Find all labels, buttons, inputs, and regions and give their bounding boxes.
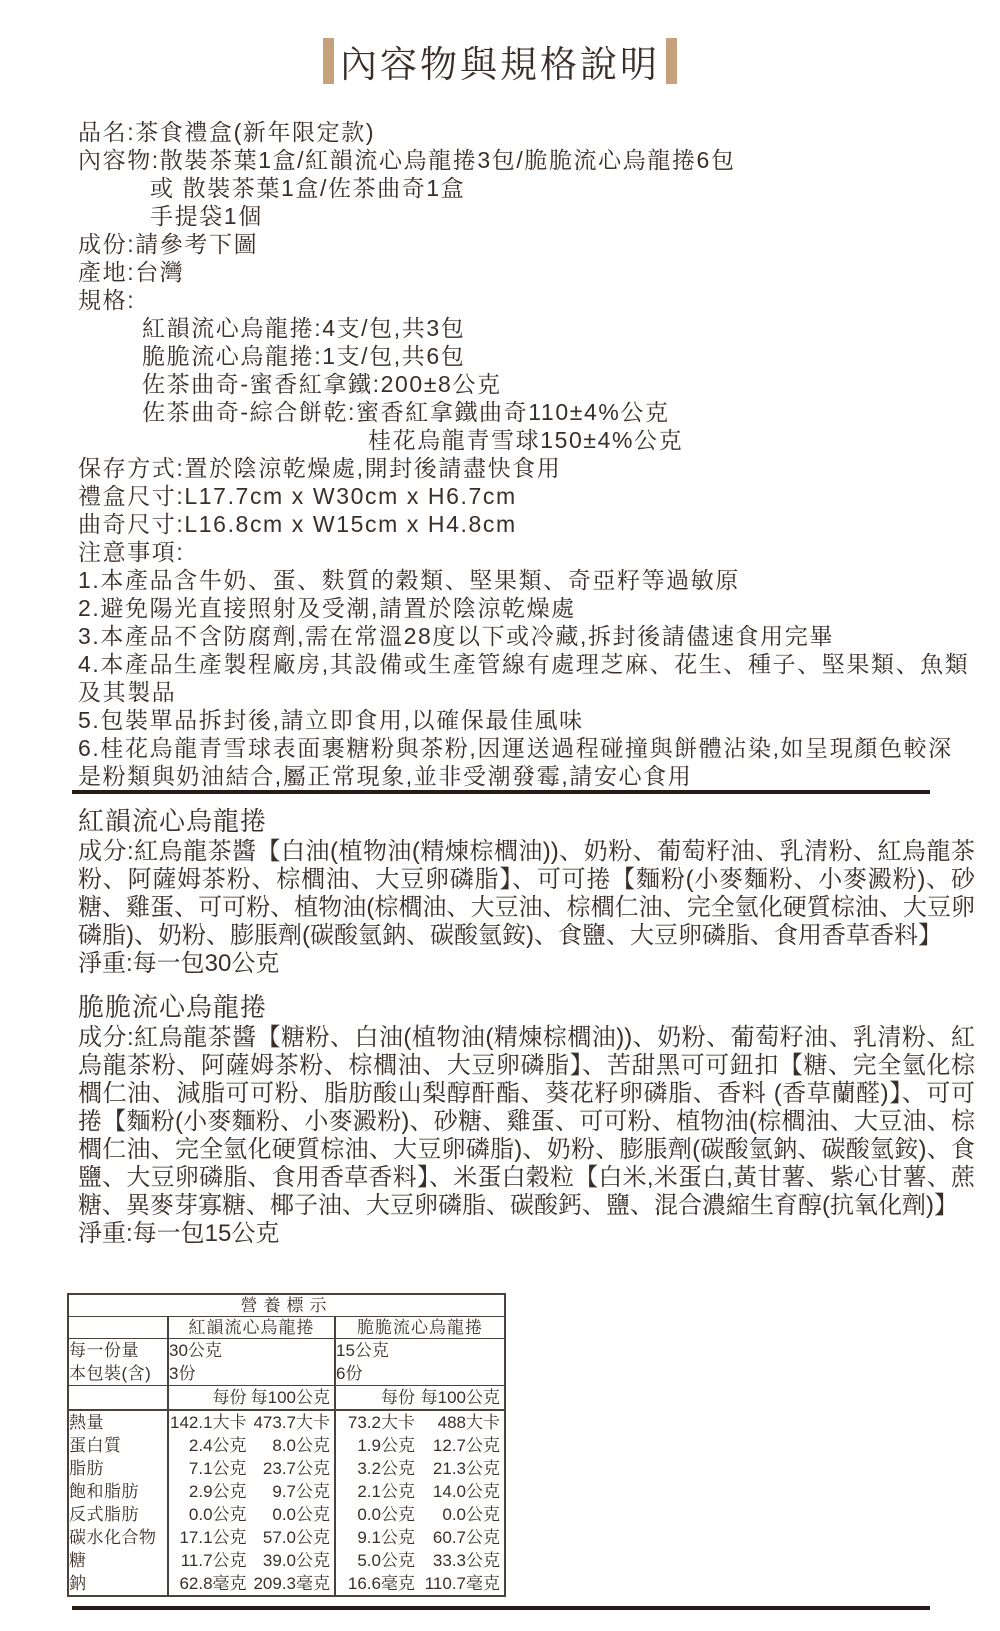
serving-size-row: 每一份量本包裝(含)30公克3份15公克6份	[68, 1339, 505, 1386]
per-serving-header: 每份	[169, 1386, 247, 1409]
nutrient-label-cell: 糖	[68, 1549, 168, 1572]
nutrient-value-cell: 62.8毫克209.3毫克	[168, 1572, 335, 1596]
spec-line: 禮盒尺寸:L17.7cm x W30cm x H6.7cm	[78, 482, 975, 510]
section-divider-bottom	[72, 1606, 930, 1610]
nutrient-values: 73.2大卡488大卡	[336, 1411, 504, 1434]
ingredient-list-text: 成分:紅烏龍茶醬【糖粉、白油(植物油(精煉棕櫚油))、奶粉、葡萄籽油、乳清粉、紅…	[78, 1024, 975, 1220]
per-serving-value: 142.1大卡	[169, 1411, 247, 1434]
nutrient-value-cell: 9.1公克60.7公克	[335, 1526, 505, 1549]
nutrient-row: 反式脂肪0.0公克0.0公克0.0公克0.0公克	[68, 1503, 505, 1526]
per-100g-value: 0.0公克	[247, 1503, 334, 1526]
per-100g-value: 9.7公克	[247, 1480, 334, 1503]
nutrient-values: 0.0公克0.0公克	[336, 1503, 504, 1526]
nutrient-values: 11.7公克39.0公克	[169, 1549, 334, 1572]
nutrient-row: 鈉62.8毫克209.3毫克16.6毫克110.7毫克	[68, 1572, 505, 1596]
section-divider-top	[72, 790, 930, 794]
nutrient-value-cell: 2.4公克8.0公克	[168, 1434, 335, 1457]
nutrient-row: 碳水化合物17.1公克57.0公克9.1公克60.7公克	[68, 1526, 505, 1549]
per-serving-value: 16.6毫克	[336, 1572, 415, 1595]
column-header-row: 每份每100公克每份每100公克	[68, 1386, 505, 1411]
nutrient-value-cell: 0.0公克0.0公克	[335, 1503, 505, 1526]
spec-line: 脆脆流心烏龍捲:1支/包,共6包	[78, 342, 975, 370]
spec-line: 1.本產品含牛奶、蛋、麩質的穀類、堅果類、奇亞籽等過敏原	[78, 566, 975, 594]
per-100g-value: 60.7公克	[415, 1526, 504, 1549]
per-serving-value: 1.9公克	[336, 1434, 415, 1457]
per-100g-value: 39.0公克	[247, 1549, 334, 1572]
spec-line: 5.包裝單品拆封後,請立即食用,以確保最佳風味	[78, 706, 975, 734]
nutrient-label-cell: 鈉	[68, 1572, 168, 1596]
per-serving-value: 9.1公克	[336, 1526, 415, 1549]
per-100g-value: 57.0公克	[247, 1526, 334, 1549]
per-serving-value: 3.2公克	[336, 1457, 415, 1480]
per-100g-value: 21.3公克	[415, 1457, 504, 1480]
page-title: 內容物與規格說明	[340, 34, 660, 88]
column-header-values: 每份每100公克	[336, 1386, 504, 1409]
per-serving-value: 0.0公克	[169, 1503, 247, 1526]
per-serving-value: 2.1公克	[336, 1480, 415, 1503]
nutrient-label-cell: 蛋白質	[68, 1434, 168, 1457]
nutrient-row: 糖11.7公克39.0公克5.0公克33.3公克	[68, 1549, 505, 1572]
serving-value: 3份	[169, 1362, 334, 1385]
nutrient-values: 16.6毫克110.7毫克	[336, 1572, 504, 1595]
per-serving-value: 7.1公克	[169, 1457, 247, 1480]
per-100g-value: 0.0公克	[415, 1503, 504, 1526]
nutrient-label-cell: 脂肪	[68, 1457, 168, 1480]
spec-line: 曲奇尺寸:L16.8cm x W15cm x H4.8cm	[78, 510, 975, 538]
nutrient-values: 2.1公克14.0公克	[336, 1480, 504, 1503]
per-serving-value: 0.0公克	[336, 1503, 415, 1526]
spec-line: 成份:請參考下圖	[78, 230, 975, 258]
column-header-cell: 每份每100公克	[168, 1386, 335, 1411]
spec-line: 品名:茶食禮盒(新年限定款)	[78, 118, 975, 146]
nutrient-values: 2.9公克9.7公克	[169, 1480, 334, 1503]
nutrient-value-cell: 142.1大卡473.7大卡	[168, 1410, 335, 1434]
per-100g-header: 每100公克	[415, 1386, 504, 1409]
empty-cell	[68, 1317, 168, 1339]
document-title-row: 內容物與規格說明	[0, 34, 1000, 88]
title-accent-bar-right	[666, 38, 677, 84]
per-100g-value: 23.7公克	[247, 1457, 334, 1480]
product-spec-document: 內容物與規格說明 品名:茶食禮盒(新年限定款)內容物:散裝茶葉1盒/紅韻流心烏龍…	[0, 0, 1000, 1631]
nutrition-title: 營養標示	[68, 1294, 505, 1317]
spec-line: 或 散裝茶葉1盒/佐茶曲奇1盒	[78, 174, 975, 202]
nutrient-value-cell: 7.1公克23.7公克	[168, 1457, 335, 1480]
serving-label-cell: 每一份量本包裝(含)	[68, 1339, 168, 1386]
title-accent-bar-left	[323, 38, 334, 84]
nutrient-values: 5.0公克33.3公克	[336, 1549, 504, 1572]
per-serving-value: 2.9公克	[169, 1480, 247, 1503]
nutrient-value-cell: 2.1公克14.0公克	[335, 1480, 505, 1503]
per-serving-value: 73.2大卡	[336, 1411, 415, 1434]
per-100g-header: 每100公克	[247, 1386, 334, 1409]
spec-line: 4.本產品生產製程廠房,其設備或生產管線有處理芝麻、花生、種子、堅果類、魚類及其…	[78, 650, 975, 706]
spec-line: 手提袋1個	[78, 202, 975, 230]
spec-line: 保存方式:置於陰涼乾燥處,開封後請盡快食用	[78, 454, 975, 482]
spec-line: 6.桂花烏龍青雪球表面裹糖粉與茶粉,因運送過程碰撞與餅體沾染,如呈現顏色較深是粉…	[78, 734, 975, 790]
nutrient-value-cell: 0.0公克0.0公克	[168, 1503, 335, 1526]
serving-value: 30公克	[169, 1339, 334, 1362]
serving-value: 6份	[336, 1362, 504, 1385]
nutrient-value-cell: 73.2大卡488大卡	[335, 1410, 505, 1434]
ingredient-list-text: 成分:紅烏龍茶醬【白油(植物油(精煉棕櫚油))、奶粉、葡萄籽油、乳清粉、紅烏龍茶…	[78, 838, 975, 950]
nutrient-values: 62.8毫克209.3毫克	[169, 1572, 334, 1595]
column-header-values: 每份每100公克	[169, 1386, 334, 1409]
ingredient-section: 脆脆流心烏龍捲成分:紅烏龍茶醬【糖粉、白油(植物油(精煉棕櫚油))、奶粉、葡萄籽…	[78, 992, 975, 1248]
spec-line: 佐茶曲奇-蜜香紅拿鐵:200±8公克	[78, 370, 975, 398]
per-100g-value: 473.7大卡	[247, 1411, 334, 1434]
per-serving-header: 每份	[336, 1386, 415, 1409]
nutrient-label-cell: 飽和脂肪	[68, 1480, 168, 1503]
product-name-cell: 紅韻流心烏龍捲	[168, 1317, 335, 1339]
nutrient-values: 9.1公克60.7公克	[336, 1526, 504, 1549]
serving-value-cell: 15公克6份	[335, 1339, 505, 1386]
nutrient-value-cell: 1.9公克12.7公克	[335, 1434, 505, 1457]
spec-line: 佐茶曲奇-綜合餅乾:蜜香紅拿鐵曲奇110±4%公克	[78, 398, 975, 426]
nutrient-row: 脂肪7.1公克23.7公克3.2公克21.3公克	[68, 1457, 505, 1480]
serving-label: 每一份量	[69, 1339, 167, 1362]
nutrient-values: 2.4公克8.0公克	[169, 1434, 334, 1457]
nutrient-row: 飽和脂肪2.9公克9.7公克2.1公克14.0公克	[68, 1480, 505, 1503]
nutrient-value-cell: 5.0公克33.3公克	[335, 1549, 505, 1572]
spec-line: 桂花烏龍青雪球150±4%公克	[78, 426, 975, 454]
nutrient-values: 1.9公克12.7公克	[336, 1434, 504, 1457]
per-serving-value: 2.4公克	[169, 1434, 247, 1457]
spec-line: 注意事項:	[78, 538, 975, 566]
per-100g-value: 488大卡	[415, 1411, 504, 1434]
nutrition-facts-table: 營養標示紅韻流心烏龍捲脆脆流心烏龍捲每一份量本包裝(含)30公克3份15公克6份…	[67, 1293, 506, 1597]
nutrient-label-cell: 碳水化合物	[68, 1526, 168, 1549]
per-100g-value: 14.0公克	[415, 1480, 504, 1503]
nutrient-label-cell: 反式脂肪	[68, 1503, 168, 1526]
spec-line: 2.避免陽光直接照射及受潮,請置於陰涼乾燥處	[78, 594, 975, 622]
net-weight-text: 淨重:每一包15公克	[78, 1220, 975, 1248]
per-serving-value: 62.8毫克	[169, 1572, 247, 1595]
empty-cell	[68, 1386, 168, 1411]
nutrient-label-cell: 熱量	[68, 1410, 168, 1434]
per-100g-value: 12.7公克	[415, 1434, 504, 1457]
nutrient-value-cell: 11.7公克39.0公克	[168, 1549, 335, 1572]
nutrition-product-names-row: 紅韻流心烏龍捲脆脆流心烏龍捲	[68, 1317, 505, 1339]
spec-line: 3.本產品不含防腐劑,需在常溫28度以下或冷藏,拆封後請儘速食用完畢	[78, 622, 975, 650]
spec-line: 紅韻流心烏龍捲:4支/包,共3包	[78, 314, 975, 342]
per-serving-value: 17.1公克	[169, 1526, 247, 1549]
product-name-cell: 脆脆流心烏龍捲	[335, 1317, 505, 1339]
nutrient-row: 蛋白質2.4公克8.0公克1.9公克12.7公克	[68, 1434, 505, 1457]
nutrient-values: 0.0公克0.0公克	[169, 1503, 334, 1526]
per-100g-value: 8.0公克	[247, 1434, 334, 1457]
spec-line: 產地:台灣	[78, 258, 975, 286]
nutrient-value-cell: 17.1公克57.0公克	[168, 1526, 335, 1549]
serving-value-cell: 30公克3份	[168, 1339, 335, 1386]
nutrient-row: 熱量142.1大卡473.7大卡73.2大卡488大卡	[68, 1410, 505, 1434]
nutrient-value-cell: 16.6毫克110.7毫克	[335, 1572, 505, 1596]
net-weight-text: 淨重:每一包30公克	[78, 950, 975, 978]
ingredient-section-heading: 脆脆流心烏龍捲	[78, 992, 975, 1022]
ingredient-section-heading: 紅韻流心烏龍捲	[78, 806, 975, 836]
spec-line: 規格:	[78, 286, 975, 314]
serving-value: 15公克	[336, 1339, 504, 1362]
per-serving-value: 11.7公克	[169, 1549, 247, 1572]
spec-line: 內容物:散裝茶葉1盒/紅韻流心烏龍捲3包/脆脆流心烏龍捲6包	[78, 146, 975, 174]
nutrient-values: 142.1大卡473.7大卡	[169, 1411, 334, 1434]
nutrient-value-cell: 2.9公克9.7公克	[168, 1480, 335, 1503]
per-serving-value: 5.0公克	[336, 1549, 415, 1572]
nutrient-values: 17.1公克57.0公克	[169, 1526, 334, 1549]
ingredient-section: 紅韻流心烏龍捲成分:紅烏龍茶醬【白油(植物油(精煉棕櫚油))、奶粉、葡萄籽油、乳…	[78, 806, 975, 978]
per-100g-value: 110.7毫克	[415, 1572, 504, 1595]
nutrient-value-cell: 3.2公克21.3公克	[335, 1457, 505, 1480]
per-100g-value: 209.3毫克	[247, 1572, 334, 1595]
per-100g-value: 33.3公克	[415, 1549, 504, 1572]
column-header-cell: 每份每100公克	[335, 1386, 505, 1411]
serving-label: 本包裝(含)	[69, 1362, 167, 1385]
product-spec-list: 品名:茶食禮盒(新年限定款)內容物:散裝茶葉1盒/紅韻流心烏龍捲3包/脆脆流心烏…	[78, 118, 975, 790]
nutrient-values: 7.1公克23.7公克	[169, 1457, 334, 1480]
nutrient-values: 3.2公克21.3公克	[336, 1457, 504, 1480]
nutrition-title-row: 營養標示	[68, 1294, 505, 1317]
